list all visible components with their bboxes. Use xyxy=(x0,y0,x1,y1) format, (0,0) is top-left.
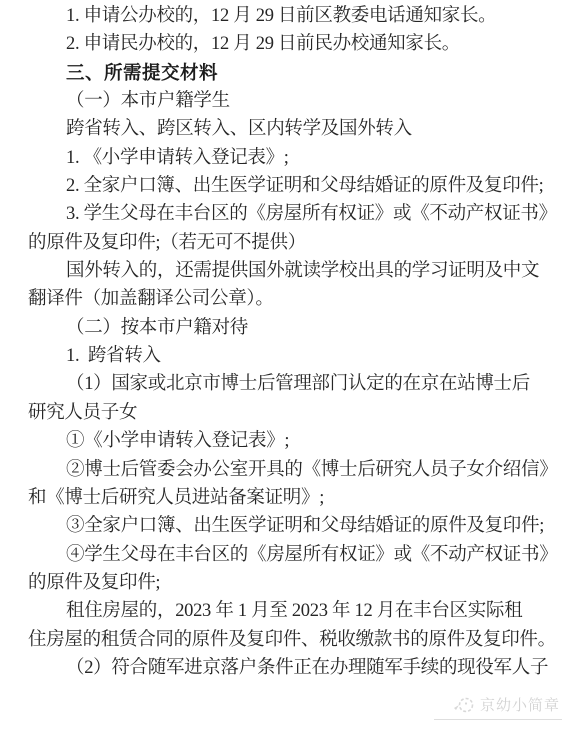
text-line: 三、所需提交材料 xyxy=(28,59,562,87)
text-line: 1. 《小学申请转入登记表》; xyxy=(28,144,562,172)
text-line: （二）按本市户籍对待 xyxy=(28,314,562,342)
text-line: ①《小学申请转入登记表》; xyxy=(28,427,562,455)
text-line: 3. 学生父母在丰台区的《房屋所有权证》或《不动产权证书》 xyxy=(28,200,562,228)
watermark-text: 京幼小简章 xyxy=(480,694,560,715)
text-line: 的原件及复印件; xyxy=(28,569,562,597)
text-line: 1. 跨省转入 xyxy=(28,342,562,370)
text-line: （一）本市户籍学生 xyxy=(28,87,562,115)
watermark: 京幼小简章 xyxy=(453,694,560,715)
watermark-divider xyxy=(434,719,562,720)
document-page: 1. 申请公办校的，12 月 29 日前区教委电话通知家长。2. 申请民办校的，… xyxy=(0,0,568,731)
text-line: 1. 申请公办校的，12 月 29 日前区教委电话通知家长。 xyxy=(28,2,562,30)
text-line: ②博士后管委会办公室开具的《博士后研究人员子女介绍信》 xyxy=(28,456,562,484)
text-line: 研究人员子女 xyxy=(28,399,562,427)
text-line: 的原件及复印件;（若无可不提供） xyxy=(28,229,562,257)
doodle-logo-icon xyxy=(453,696,475,714)
text-line: 2. 申请民办校的，12 月 29 日前民办校通知家长。 xyxy=(28,30,562,58)
text-line: 2. 全家户口簿、出生医学证明和父母结婚证的原件及复印件; xyxy=(28,172,562,200)
text-line: 租住房屋的，2023 年 1 月至 2023 年 12 月在丰台区实际租 xyxy=(28,597,562,625)
text-line: 翻译件（加盖翻译公司公章）。 xyxy=(28,285,562,313)
text-line: 国外转入的，还需提供国外就读学校出具的学习证明及中文 xyxy=(28,257,562,285)
text-line: 住房屋的租赁合同的原件及复印件、税收缴款书的原件及复印件。 xyxy=(28,626,562,654)
text-line: 跨省转入、跨区转入、区内转学及国外转入 xyxy=(28,115,562,143)
text-line: ④学生父母在丰台区的《房屋所有权证》或《不动产权证书》 xyxy=(28,541,562,569)
text-line: （1）国家或北京市博士后管理部门认定的在京在站博士后 xyxy=(28,370,562,398)
text-line: ③全家户口簿、出生医学证明和父母结婚证的原件及复印件; xyxy=(28,512,562,540)
document-body: 1. 申请公办校的，12 月 29 日前区教委电话通知家长。2. 申请民办校的，… xyxy=(28,2,562,682)
text-line: （2）符合随军进京落户条件正在办理随军手续的现役军人子 xyxy=(28,654,562,682)
text-line: 和《博士后研究人员进站备案证明》; xyxy=(28,484,562,512)
